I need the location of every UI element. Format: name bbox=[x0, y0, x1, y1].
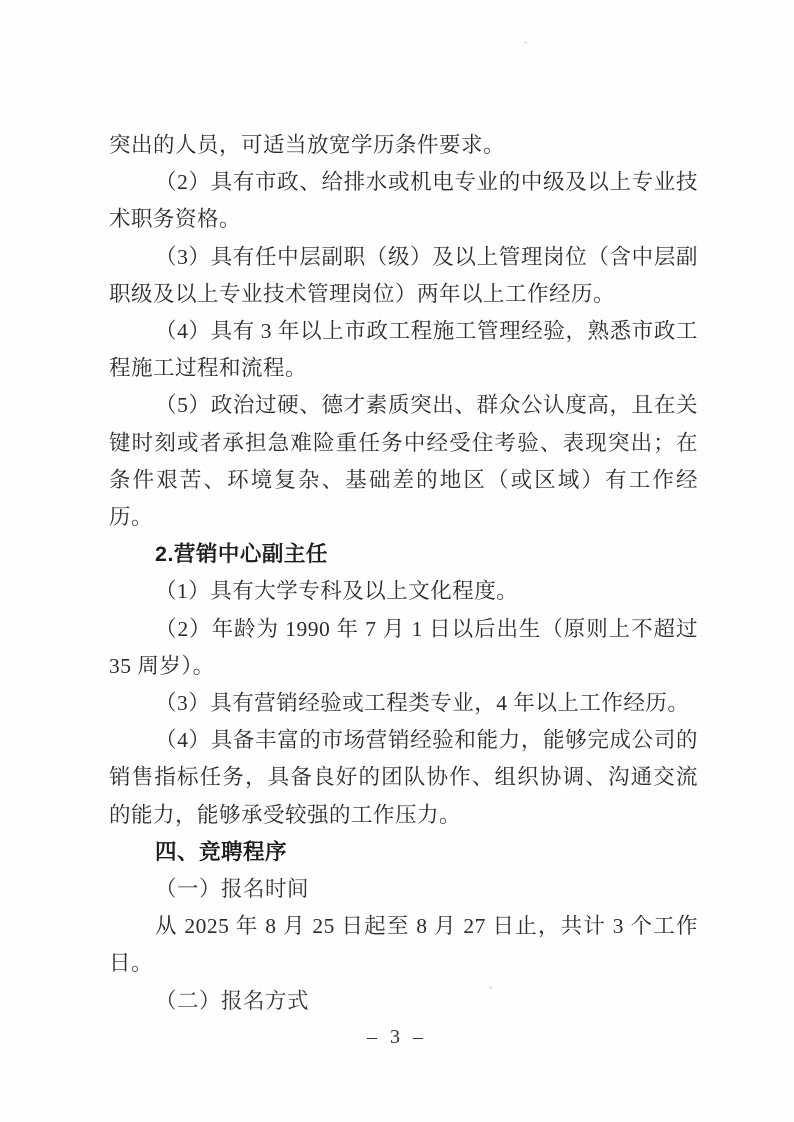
paragraph: （3）具有营销经验或工程类专业，4 年以上工作经历。 bbox=[109, 685, 698, 722]
document-page: 突出的人员，可适当放宽学历条件要求。（2）具有市政、给排水或机电专业的中级及以上… bbox=[0, 0, 794, 1122]
paragraph: 2.营销中心副主任 bbox=[109, 536, 698, 573]
document-body: 突出的人员，可适当放宽学历条件要求。（2）具有市政、给排水或机电专业的中级及以上… bbox=[109, 127, 698, 1020]
paragraph: 四、竞聘程序 bbox=[109, 834, 698, 871]
paragraph: （3）具有任中层副职（级）及以上管理岗位（含中层副职级及以上专业技术管理岗位）两… bbox=[109, 239, 698, 313]
paragraph: （二）报名方式 bbox=[109, 983, 698, 1020]
scan-speck bbox=[524, 41, 527, 44]
paragraph: （5）政治过硬、德才素质突出、群众公认度高，且在关键时刻或者承担急难险重任务中经… bbox=[109, 387, 698, 536]
paragraph: （4）具有 3 年以上市政工程施工管理经验，熟悉市政工程施工过程和流程。 bbox=[109, 313, 698, 387]
paragraph: （4）具备丰富的市场营销经验和能力，能够完成公司的销售指标任务，具备良好的团队协… bbox=[109, 722, 698, 834]
paragraph: 突出的人员，可适当放宽学历条件要求。 bbox=[109, 127, 698, 164]
paragraph: （2）年龄为 1990 年 7 月 1 日以后出生（原则上不超过 35 周岁）。 bbox=[109, 611, 698, 685]
paragraph: （一）报名时间 bbox=[109, 871, 698, 908]
paragraph: （1）具有大学专科及以上文化程度。 bbox=[109, 573, 698, 610]
paragraph: （2）具有市政、给排水或机电专业的中级及以上专业技术职务资格。 bbox=[109, 164, 698, 238]
page-number: – 3 – bbox=[0, 1026, 794, 1049]
paragraph: 从 2025 年 8 月 25 日起至 8 月 27 日止，共计 3 个工作日。 bbox=[109, 908, 698, 982]
